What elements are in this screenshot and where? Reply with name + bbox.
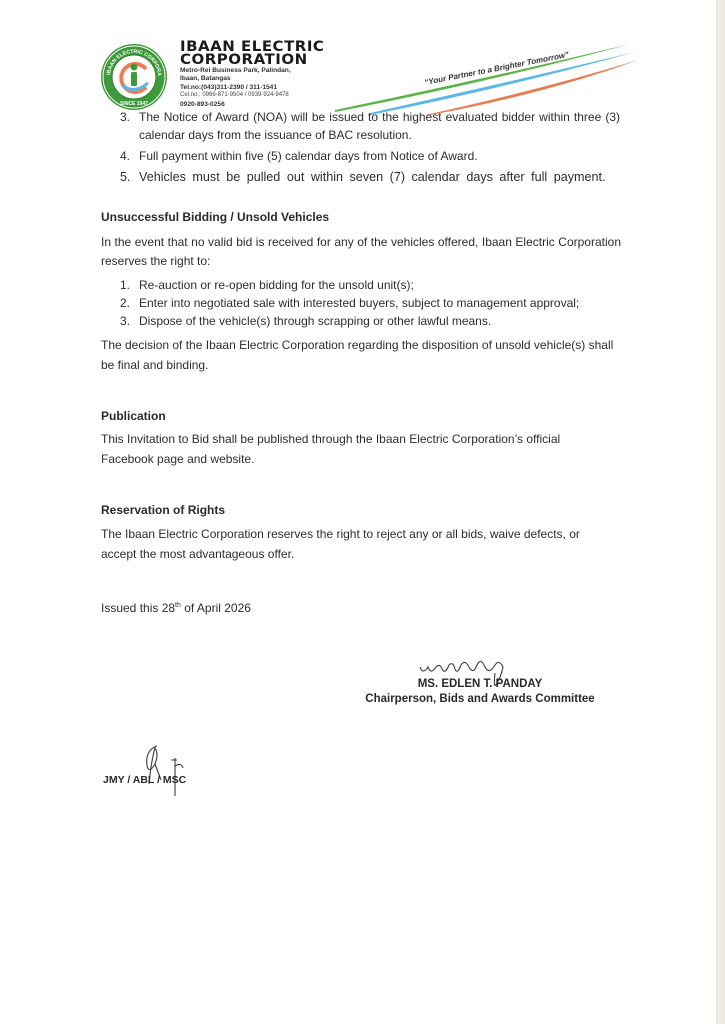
address-line1: Metro-Rei Business Park, Palindan, <box>180 67 324 74</box>
reservation-paragraph: The Ibaan Electric Corporation reserves … <box>101 524 613 564</box>
decision-paragraph: The decision of the Ibaan Electric Corpo… <box>101 335 621 375</box>
list-item: 3. The Notice of Award (NOA) will be iss… <box>120 108 620 144</box>
reference-initials: JMY / ABL / MSC <box>103 774 186 786</box>
award-terms-list: 3. The Notice of Award (NOA) will be iss… <box>120 108 620 186</box>
cel-number: Cel.no.: 0966-871-9504 / 0939-924-9478 <box>180 92 324 99</box>
section-heading-publication: Publication <box>101 409 166 423</box>
section-heading-unsuccessful: Unsuccessful Bidding / Unsold Vehicles <box>101 210 329 224</box>
unsuccessful-options-list: 1. Re-auction or re-open bidding for the… <box>120 276 620 330</box>
unsuccessful-intro: In the event that no valid bid is receiv… <box>101 233 621 271</box>
list-item: 1. Re-auction or re-open bidding for the… <box>120 276 620 294</box>
publication-paragraph: This Invitation to Bid shall be publishe… <box>101 429 591 469</box>
svg-text:“Your Partner to a Brighter To: “Your Partner to a Brighter Tomorrow” <box>424 50 570 87</box>
initials-scribble-icon <box>135 740 195 800</box>
tel-number: Tel.no:(043)311-2390 / 311-1541 <box>180 84 324 91</box>
signatory-block: MS. EDLEN T. PANDAY Chairperson, Bids an… <box>340 658 620 705</box>
signatory-title: Chairperson, Bids and Awards Committee <box>340 693 620 705</box>
issued-date: Issued this 28th of April 2026 <box>101 598 621 618</box>
list-item: 2. Enter into negotiated sale with inter… <box>120 294 620 312</box>
scan-edge <box>716 0 725 1024</box>
signatory-name: MS. EDLEN T. PANDAY <box>340 678 620 690</box>
cel-number-2: 0920-893-0256 <box>180 101 324 108</box>
svg-text:SINCE 1947: SINCE 1947 <box>120 101 148 107</box>
tagline-swoosh-icon: “Your Partner to a Brighter Tomorrow” <box>330 40 640 115</box>
list-item: 5. Vehicles must be pulled out within se… <box>120 168 620 186</box>
list-item: 3. Dispose of the vehicle(s) through scr… <box>120 312 620 330</box>
company-seal-logo-icon: IBAAN ELECTRIC CORPORATION SINCE 1947 <box>100 43 168 111</box>
address-line2: Ibaan, Batangas <box>180 75 324 82</box>
section-heading-reservation: Reservation of Rights <box>101 503 225 517</box>
company-name-line2: CORPORATION <box>180 53 324 65</box>
list-item: 4. Full payment within five (5) calendar… <box>120 147 620 165</box>
company-letterhead: IBAAN ELECTRIC CORPORATION Metro-Rei Bus… <box>180 40 324 108</box>
